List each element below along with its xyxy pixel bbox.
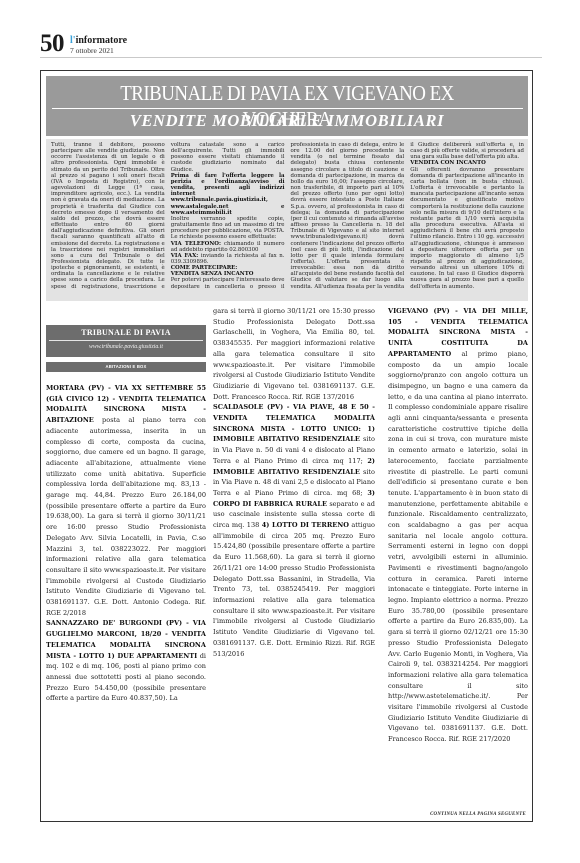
- info-copies: Inoltre verranno spedite copie, gratuita…: [171, 216, 285, 241]
- auction-notices-section: TRIBUNALE DI PAVIA EX VIGEVANO EX VOGHER…: [40, 70, 533, 822]
- banner-subtitle: VENDITE MOBILIARI E IMMOBILIARI: [46, 111, 528, 131]
- listing-scaldasole: SCALDASOLE (PV) - VIA PIAVE, 48 E 50 - V…: [213, 402, 375, 659]
- logo-name: informatore: [76, 35, 127, 46]
- info-read-before: Prima di fare l'offerta leggere la periz…: [171, 173, 285, 216]
- page-number: 50: [40, 33, 64, 55]
- court-header-box: TRIBUNALE DI PAVIA www.tribunale.pavia.g…: [46, 325, 206, 357]
- section-banner: TRIBUNALE DI PAVIA EX VIGEVANO EX VOGHER…: [46, 76, 528, 136]
- newspaper-logo: l'informatore: [70, 36, 127, 46]
- banner-divider: [52, 108, 523, 109]
- listing-sannazzaro: SANNAZZARO DE' BURGONDI (PV) - VIA GUGLI…: [46, 618, 206, 704]
- listing-heading: SCALDASOLE (PV) - VIA PIAVE, 48 E 50 - V…: [213, 403, 375, 443]
- court-title: TRIBUNALE DI PAVIA: [46, 328, 206, 338]
- court-website-link[interactable]: www.tribunale.pavia.giustizia.it: [46, 343, 206, 352]
- listings-column-1: MORTARA (PV) - VIA XX SETTEMBRE 55 (GIÀ …: [46, 383, 206, 704]
- continued-next-page-note: CONTINUA NELLA PAGINA SEGUENTE: [430, 812, 526, 817]
- listing-mortara: MORTARA (PV) - VIA XX SETTEMBRE 55 (GIÀ …: [46, 383, 206, 618]
- page-masthead: 50 l'informatore 7 ottobre 2021: [40, 33, 127, 55]
- issue-date: 7 ottobre 2021: [70, 46, 127, 55]
- info-phone: VIA TELEFONO: chiamando il numero ad add…: [171, 241, 285, 253]
- listing-heading: SANNAZZARO DE' BURGONDI (PV) - VIA GUGLI…: [46, 619, 206, 659]
- listing-body: gara si terrà il giorno 30/11/21 ore 15:…: [213, 307, 375, 401]
- listing-sannazzaro-continued: gara si terrà il giorno 30/11/21 ore 15:…: [213, 306, 375, 402]
- info-fax: VIA FAX: inviando la richiesta al fax n.…: [171, 253, 285, 265]
- category-label: ABITAZIONI E BOX: [46, 362, 206, 372]
- masthead-text: l'informatore 7 ottobre 2021: [70, 36, 127, 55]
- listing-body: al primo piano, composto da un ampio loc…: [388, 350, 528, 743]
- court-divider: [49, 340, 203, 341]
- listings-column-2: gara si terrà il giorno 30/11/21 ore 15:…: [213, 306, 375, 659]
- listings-column-3: VIGEVANO (PV) - VIA DEI MILLE, 105 - VEN…: [388, 306, 528, 745]
- participation-info-box: Tutti, tranne il debitore, possono parte…: [46, 139, 528, 301]
- info-auction-text: Gli offerenti dovranno presentare domand…: [410, 167, 524, 290]
- listing-vigevano: VIGEVANO (PV) - VIA DEI MILLE, 105 - VEN…: [388, 306, 528, 745]
- masthead-divider: [40, 57, 542, 58]
- listing-body: posta al piano terra con adiacente autor…: [46, 416, 206, 617]
